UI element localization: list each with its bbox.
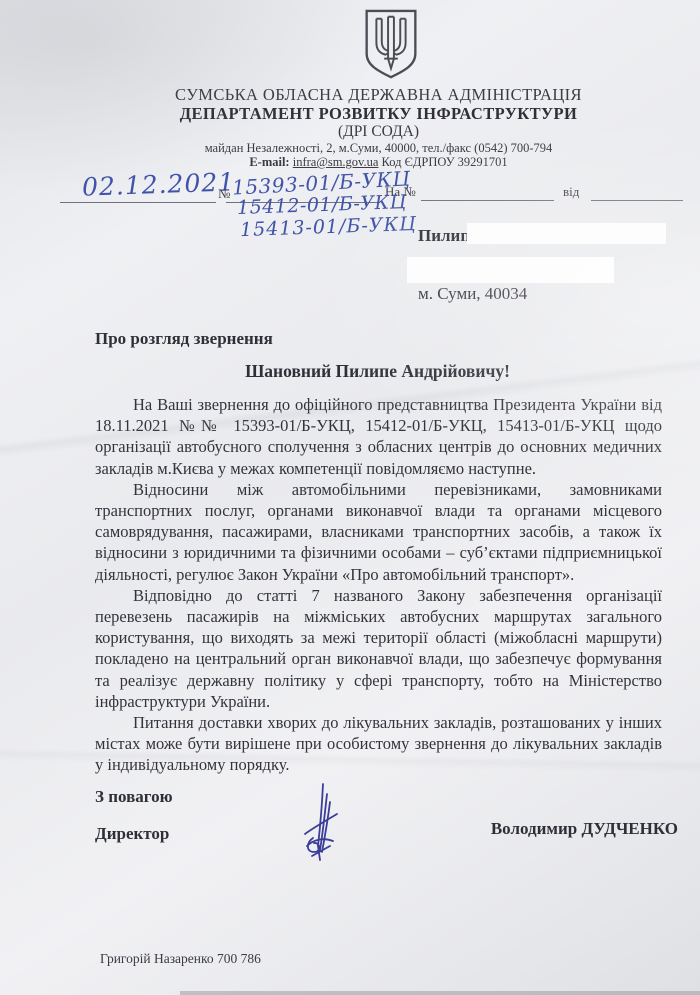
org-abbreviation: (ДРІ СОДА) <box>95 123 662 141</box>
addressee-city: м. Суми, 40034 <box>418 284 527 304</box>
org-address-phone: майдан Незалежності, 2, м.Суми, 40000, т… <box>95 141 662 156</box>
from-date-form-line <box>591 199 683 201</box>
number-label: № <box>218 186 230 202</box>
email-address: infra@sm.gov.ua <box>293 155 379 169</box>
org-name-line1: СУМСЬКА ОБЛАСНА ДЕРЖАВНА АДМІНІСТРАЦІЯ <box>95 85 662 104</box>
handwritten-date: 02.12.2021 <box>82 167 236 201</box>
letter-subject: Про розгляд звернення <box>95 329 273 349</box>
body-paragraph-4: Питання доставки хворих до лікувальних з… <box>95 712 662 776</box>
handwritten-ref-number-3: 15413-01/Б-УКЦ <box>240 213 417 241</box>
org-name-line2: ДЕПАРТАМЕНТ РОЗВИТКУ ІНФРАСТРУКТУРИ <box>95 104 662 123</box>
from-date-label: від <box>563 184 579 200</box>
signer-name: Володимир ДУДЧЕНКО <box>491 819 678 839</box>
ukraine-trident-emblem-icon <box>362 8 420 87</box>
redaction-box-name <box>467 223 666 244</box>
handwritten-signature-icon <box>293 780 353 875</box>
signer-position: Директор <box>95 824 169 844</box>
letter-body: На Ваші звернення до офіційного представ… <box>95 394 662 776</box>
closing-regards: З повагою <box>95 787 173 807</box>
scanned-letter-page: СУМСЬКА ОБЛАСНА ДЕРЖАВНА АДМІНІСТРАЦІЯ Д… <box>0 0 700 995</box>
reply-number-form-line <box>421 199 554 201</box>
date-form-line <box>60 201 216 203</box>
scan-bottom-edge <box>180 991 700 995</box>
salutation: Шановний Пилипе Андрійовичу! <box>95 361 660 382</box>
email-label: E-mail: <box>249 155 289 169</box>
body-paragraph-3: Відповідно до статті 7 названого Закону … <box>95 585 662 712</box>
redaction-box-address <box>407 257 614 283</box>
executor-contact: Григорій Назаренко 700 786 <box>100 951 261 967</box>
body-paragraph-2: Відносини між автомобільними перевізника… <box>95 479 662 585</box>
body-paragraph-1: На Ваші звернення до офіційного представ… <box>95 394 662 479</box>
addressee-name: Пилип <box>418 226 470 246</box>
